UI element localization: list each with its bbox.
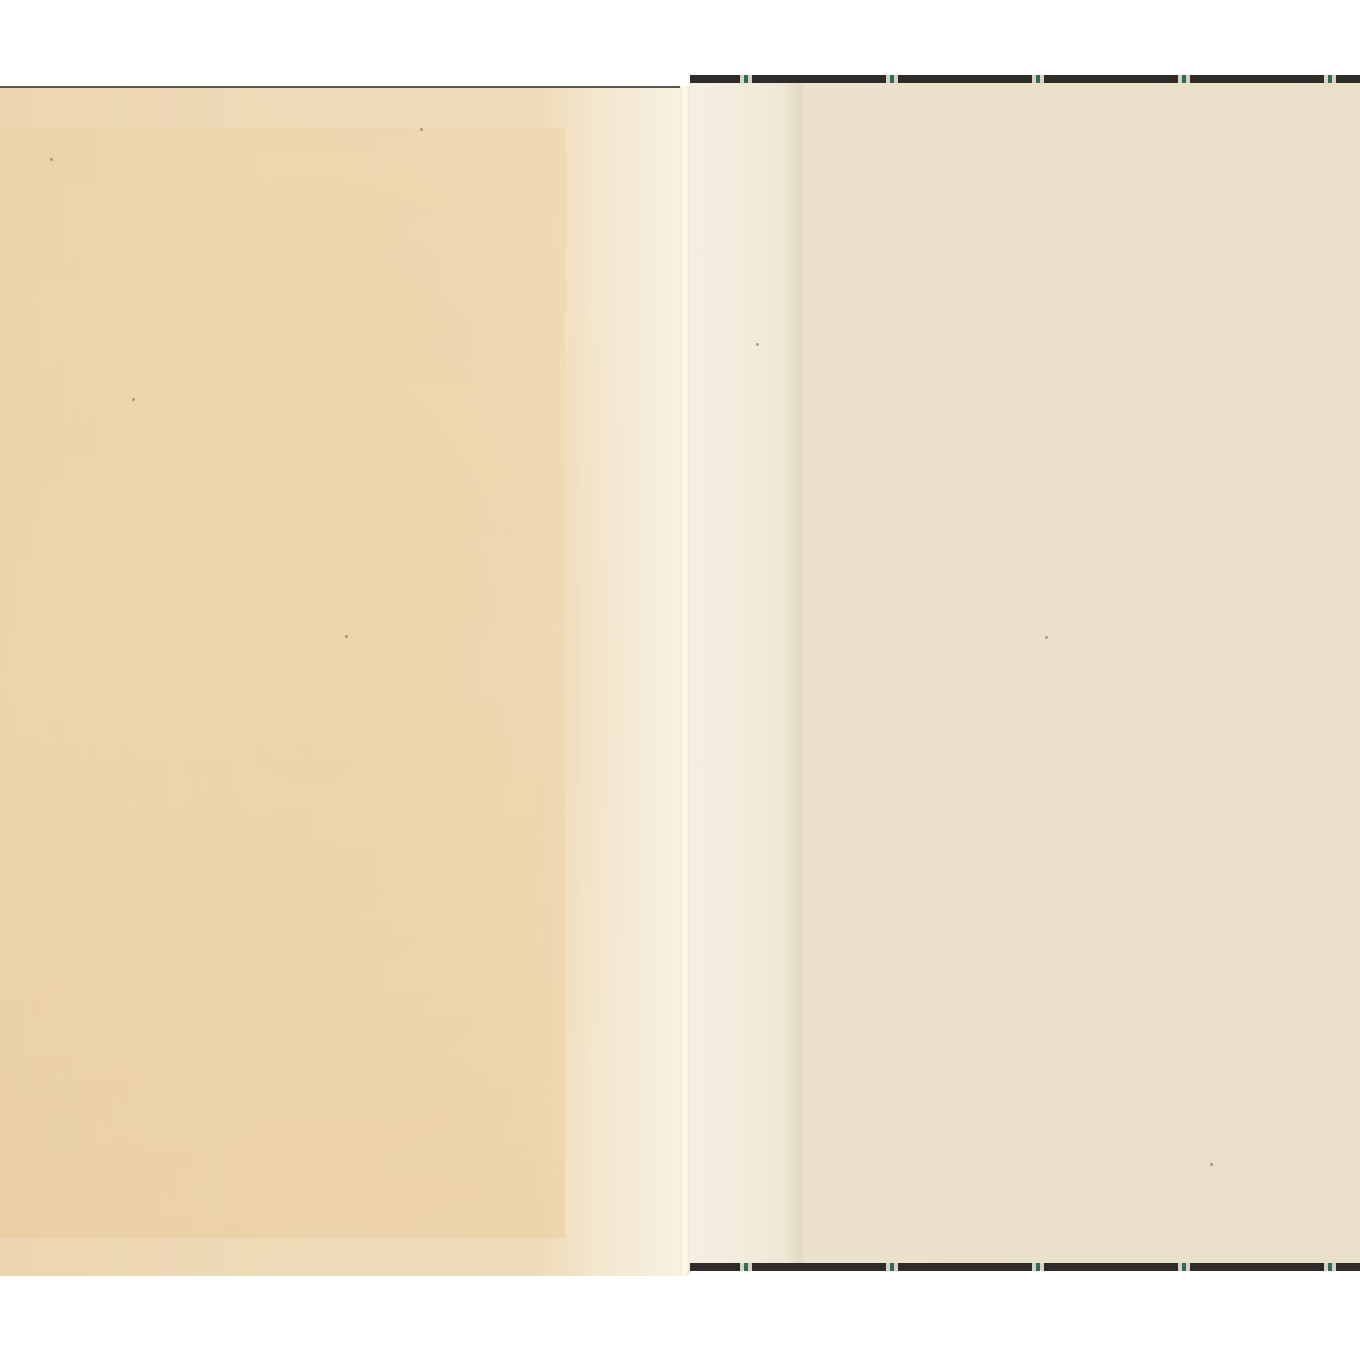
paper-speck <box>345 635 348 638</box>
cover-edge-bottom <box>690 1263 1360 1271</box>
paper-speck <box>1045 636 1048 639</box>
right-endpaper <box>690 83 1360 1263</box>
left-page-stain <box>0 128 565 1238</box>
paper-speck <box>756 343 759 346</box>
cover-edge-top <box>690 75 1360 83</box>
spine-gutter <box>680 86 690 1274</box>
paper-speck <box>50 158 53 161</box>
paper-speck <box>420 128 423 131</box>
left-gutter <box>568 88 688 1276</box>
paper-speck <box>132 398 135 401</box>
paper-speck <box>1210 1163 1213 1166</box>
left-endpaper <box>0 86 688 1276</box>
open-book <box>0 0 1360 1360</box>
right-hinge <box>690 83 805 1263</box>
